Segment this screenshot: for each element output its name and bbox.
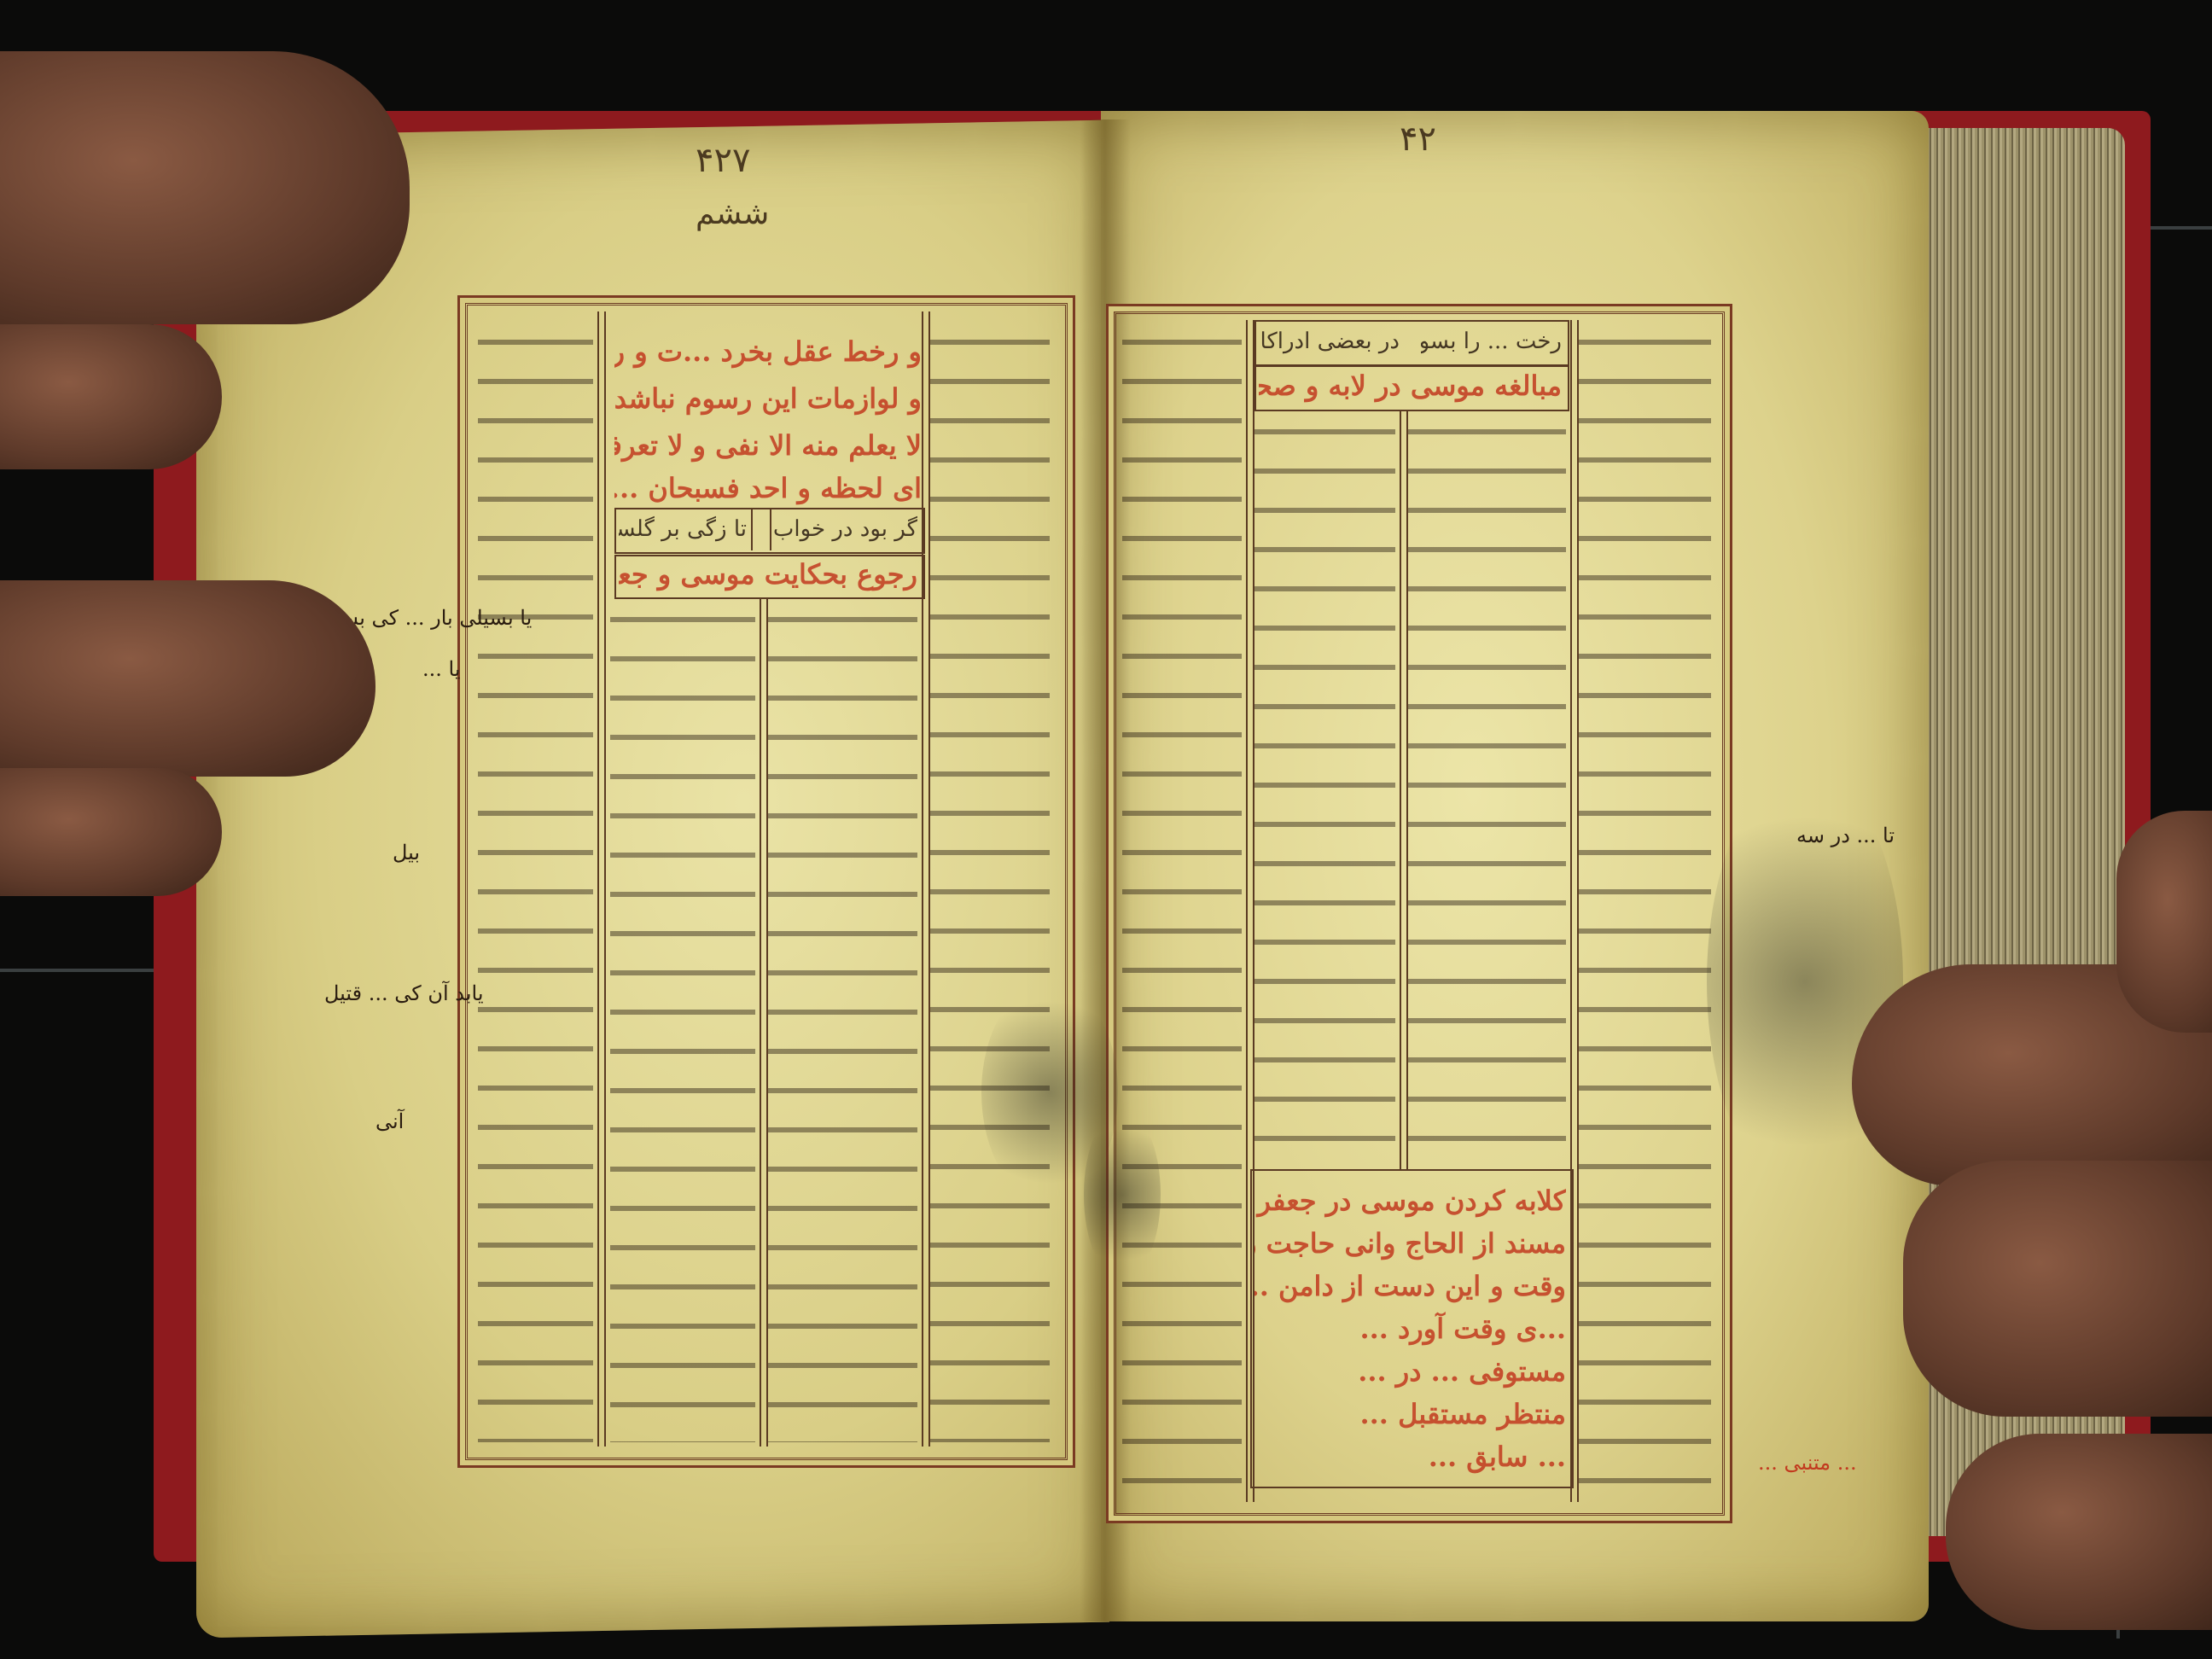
script-texture bbox=[610, 602, 755, 1442]
script-texture bbox=[478, 324, 593, 1442]
right-rubric-line: وقت و این دست از دامن ... bbox=[1254, 1263, 1566, 1309]
left-rubric-line: ای لحظه و احد فسبحان ...ی دوی نه تقنیت .… bbox=[614, 465, 922, 511]
right-rubric-line: ...ی وقت آورد ... bbox=[1254, 1306, 1566, 1352]
right-verse-left-cell: در بعضی ادراکات این ... ی bbox=[1259, 323, 1400, 360]
right-column-divider bbox=[1400, 410, 1408, 1169]
left-rubric-heading: رجوع بحکایت موسی و جعفر آسیبی bbox=[619, 551, 917, 597]
right-page-number: ۴۲ bbox=[1400, 119, 1436, 159]
right-rubric-line: منتظر مستقبل ... bbox=[1254, 1391, 1566, 1437]
right-rubric-line: مستوفی ... در ... bbox=[1254, 1348, 1566, 1394]
left-margin-note: آنی bbox=[375, 1109, 404, 1133]
left-hand-finger bbox=[0, 768, 222, 896]
right-hand-finger bbox=[1946, 1434, 2212, 1630]
right-rubric-line: کلابه کردن موسی در جعفر را که ... bbox=[1254, 1178, 1566, 1224]
right-hand-finger bbox=[2116, 811, 2212, 1033]
script-texture bbox=[1579, 324, 1711, 1493]
script-texture bbox=[930, 324, 1050, 1442]
script-texture bbox=[1122, 324, 1242, 1493]
script-texture bbox=[1254, 414, 1395, 1165]
left-column-divider bbox=[597, 311, 606, 1447]
left-hand bbox=[0, 51, 410, 324]
script-texture bbox=[1408, 414, 1566, 1165]
left-margin-note: یابد آن کی ... قتیل bbox=[324, 981, 484, 1005]
left-rubric-line: و لوازمات این رسوم نباشد پس این ...قت اس… bbox=[614, 375, 922, 422]
left-hand-finger bbox=[0, 324, 222, 469]
left-column-divider bbox=[760, 597, 768, 1447]
left-margin-note: یا ... bbox=[422, 657, 461, 681]
left-verse-left-cell: تا زگی بر گلستان جمیل bbox=[619, 510, 747, 548]
left-margin-note: بیل bbox=[393, 841, 420, 864]
left-column-divider bbox=[922, 311, 930, 1447]
right-hand-finger bbox=[1903, 1161, 2212, 1417]
right-rubric-line: ... سابق ... bbox=[1254, 1434, 1566, 1480]
right-rubric-heading: مبالغه موسی در لابه و صحبت ... از جعفر .… bbox=[1259, 363, 1562, 409]
right-verse-right-cell: رخت ... را بسوی ... برد bbox=[1421, 323, 1562, 360]
left-header-word: ششم bbox=[696, 196, 769, 231]
left-rubric-line: لا یعلم منه الا نفی و لا تعرفه الا ز منه… bbox=[614, 422, 922, 469]
right-margin-note: ... متنبی ... bbox=[1758, 1451, 1857, 1475]
right-rubric-line: مسند از الحاج وانی حاجت را که فی التاریخ… bbox=[1254, 1220, 1566, 1266]
script-texture bbox=[768, 602, 917, 1442]
left-rubric-line: و رخط عقل بخرد ...ت و روح حیوانی را در ع… bbox=[614, 329, 922, 375]
left-verse-right-cell: گر بود در خواب جمع ... bbox=[768, 510, 917, 548]
ink-stain bbox=[1084, 1109, 1161, 1280]
left-page-number: ۴۲۷ bbox=[696, 141, 750, 180]
left-hand-finger bbox=[0, 580, 375, 777]
